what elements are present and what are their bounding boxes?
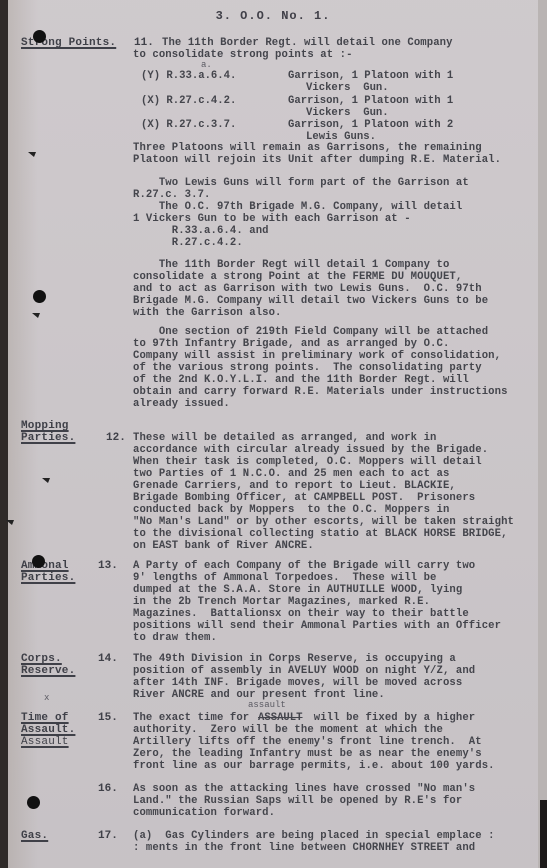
para-13-line-7: to draw them.	[133, 632, 533, 644]
heading-corps-reserve: Corps. Reserve.	[21, 653, 75, 677]
scan-mark	[28, 152, 36, 157]
para-12-line-3: When their task is completed, O.C. Moppe…	[133, 456, 533, 468]
para-11-after-1: Three Platoons will remain as Garrisons,…	[133, 142, 533, 154]
para-17-line-1: (a) Gas Cylinders are being placed in sp…	[133, 830, 533, 842]
scan-border-right	[538, 0, 547, 868]
para-11b-line-4: 1 Vickers Gun to be with each Garrison a…	[133, 213, 533, 225]
struck-word: ASSAULT	[258, 712, 303, 724]
para-12-line-2: accordance with circular already issued …	[133, 444, 533, 456]
strong-point-x1-desc-2: Vickers Gun.	[306, 107, 389, 119]
para-14-line-2: position of assembly in AVELUY WOOD on n…	[133, 665, 533, 677]
document-page: 3. O.O. No. 1. Strong Points. 11. The 11…	[8, 0, 538, 868]
para-11b-line-5: R.33.a.6.4. and	[133, 225, 533, 237]
para-11-after-2: Platoon will rejoin its Unit after dumpi…	[133, 154, 533, 166]
para-16-line-1: As soon as the attacking lines have cros…	[133, 783, 533, 795]
para-13-line-1: A Party of each Company of the Brigade w…	[133, 560, 533, 572]
para-11b-line-2: R.27.c. 3.7.	[133, 189, 533, 201]
para-11b-line-1: Two Lewis Guns will form part of the Gar…	[133, 177, 533, 189]
para-16-line-3: communication forward.	[133, 807, 533, 819]
scan-mark	[32, 313, 40, 318]
scan-shadow	[540, 800, 547, 868]
para-13-line-2: 9' lengths of Ammonal Torpedoes. These w…	[133, 572, 533, 584]
para-12-line-7: conducted back by Moppers to the O.C. Mo…	[133, 504, 533, 516]
para-12-line-9: to the divisional collecting statio at B…	[133, 528, 533, 540]
para-11c-line-5: with the Garrison also.	[133, 307, 533, 319]
strong-point-x2-label: (X) R.27.c.3.7.	[141, 119, 236, 131]
para-11c-line-4: Brigade M.G. Company will detail two Vic…	[133, 295, 533, 307]
strong-point-x1-label: (X) R.27.c.4.2.	[141, 95, 236, 107]
para-11-line-2: to consolidate strong points at :-	[133, 49, 533, 61]
para-number-16: 16.	[98, 783, 118, 795]
heading-time-of-assault: Time of Assault. Assault	[21, 712, 75, 748]
para-number-17: 17.	[98, 830, 118, 842]
para-11d-line-7: already issued.	[133, 398, 533, 410]
para-12-line-5: Grenade Carriers, and to report to Lieut…	[133, 480, 533, 492]
page-header: 3. O.O. No. 1.	[8, 9, 538, 23]
para-number-11: 11.	[134, 37, 154, 49]
para-15-line-2: authority. Zero will be the moment at wh…	[133, 724, 533, 736]
para-11b-line-3: The O.C. 97th Brigade M.G. Company, will…	[133, 201, 533, 213]
para-15-line-3: Artillery lifts off the enemy's front li…	[133, 736, 533, 748]
punch-hole	[33, 30, 46, 43]
para-12-line-8: "No Man's Land" or by other escorts, wil…	[133, 516, 533, 528]
para-14-line-1: The 49th Division in Corps Reserve, is o…	[133, 653, 533, 665]
punch-hole	[33, 290, 46, 303]
para-11c-line-3: and to act as Garrison with two Lewis Gu…	[133, 283, 533, 295]
para-11d-line-6: obtain and carry forward R.E. Materials …	[133, 386, 533, 398]
para-number-12: 12.	[106, 432, 126, 444]
para-16-line-2: Land." the Russian Saps will be opened b…	[133, 795, 533, 807]
para-11d-line-3: Company will assist in preliminary work …	[133, 350, 533, 362]
para-number-13: 13.	[98, 560, 118, 572]
scan-mark	[6, 520, 14, 525]
para-13-line-5: Magazines. Battalionsx on their way to t…	[133, 608, 533, 620]
heading-mopping-parties: Mopping Parties.	[21, 420, 75, 444]
para-13-line-3: dumped at the S.A.A. Store in AUTHUILLE …	[133, 584, 533, 596]
para-14-line-3: after 14th INF. Brigade moves, will be m…	[133, 677, 533, 689]
strong-point-y-desc-2: Vickers Gun.	[306, 82, 389, 94]
para-13-line-6: positions will send their Ammonal Partie…	[133, 620, 533, 632]
para-11d-line-2: to 97th Infantry Brigade, and as arrange…	[133, 338, 533, 350]
strong-point-y-desc: Garrison, 1 Platoon with 1	[288, 70, 453, 82]
para-number-14: 14.	[98, 653, 118, 665]
strong-point-y-label: (Y) R.33.a.6.4.	[141, 70, 236, 82]
heading-ammonal-parties: Ammonal Parties.	[21, 560, 75, 584]
handwritten-annotation: a.	[201, 60, 212, 70]
para-15-line-1: The exact time for will be fixed by a hi…	[133, 712, 533, 724]
para-14-line-4: River ANCRE and our present front line.	[133, 689, 533, 701]
margin-mark: x	[44, 693, 49, 703]
punch-hole	[32, 555, 45, 568]
punch-hole	[27, 796, 40, 809]
para-11b-line-6: R.27.c.4.2.	[133, 237, 533, 249]
para-number-15: 15.	[98, 712, 118, 724]
para-11c-line-1: The 11th Border Regt will detail 1 Compa…	[133, 259, 533, 271]
para-17-line-2: : ments in the front line between CHORNH…	[133, 842, 533, 854]
para-15-line-4: Zero, the leading Infantry must be as ne…	[133, 748, 533, 760]
para-11d-line-4: of the various strong points. The consol…	[133, 362, 533, 374]
para-12-line-4: two Parties of 1 N.C.O. and 25 men each …	[133, 468, 533, 480]
para-11c-line-2: consolidate a strong Point at the FERME …	[133, 271, 533, 283]
para-11-line-1: The 11th Border Regt. will detail one Co…	[162, 37, 547, 49]
typed-insertion: assault	[248, 700, 286, 710]
strong-point-x1-desc: Garrison, 1 Platoon with 1	[288, 95, 453, 107]
strong-point-x2-desc: Garrison, 1 Platoon with 2	[288, 119, 453, 131]
para-12-line-1: These will be detailed as arranged, and …	[133, 432, 533, 444]
para-12-line-6: Brigade Bombing Officer, at CAMPBELL POS…	[133, 492, 533, 504]
heading-gas: Gas.	[21, 830, 48, 842]
para-11d-line-1: One section of 219th Field Company will …	[133, 326, 533, 338]
scan-border-left	[0, 0, 8, 868]
scan-mark	[42, 478, 50, 483]
para-12-line-10: on EAST bank of River ANCRE.	[133, 540, 533, 552]
para-15-line-5: front line as our barrage permits, i.e. …	[133, 760, 533, 772]
para-11d-line-5: of the 2nd K.O.Y.L.I. and the 11th Borde…	[133, 374, 533, 386]
para-13-line-4: in the 2b Trench Mortar Magazines, marke…	[133, 596, 533, 608]
